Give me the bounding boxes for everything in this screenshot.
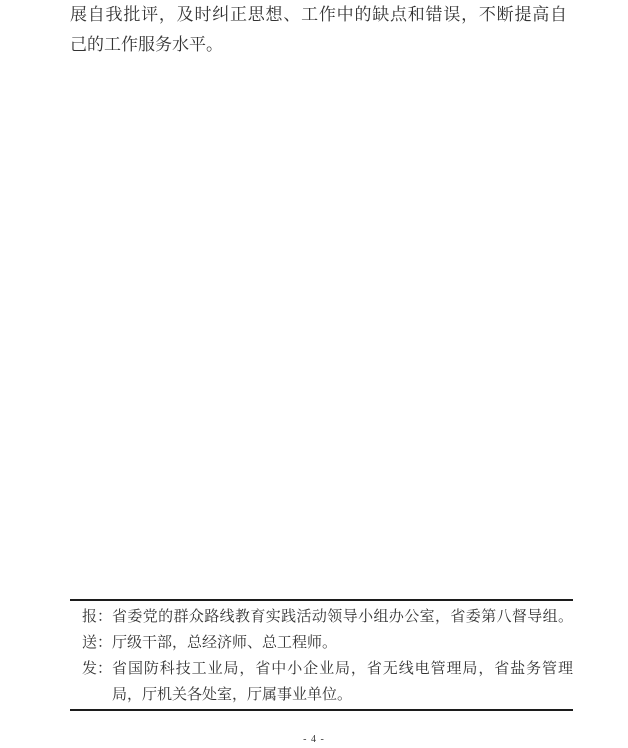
distribution-block: 报： 省委党的群众路线教育实践活动领导小组办公室，省委第八督导组。 送： 厅级干… — [70, 599, 573, 711]
report-to-row: 报： 省委党的群众路线教育实践活动领导小组办公室，省委第八督导组。 — [70, 604, 573, 630]
issue-to-line: 省国防科技工业局，省中小企业局，省无线电管理局，省盐务管理 — [112, 656, 573, 682]
document-page: 展自我批评，及时纠正思想、工作中的缺点和错误，不断提高自 己的工作服务水平。 报… — [0, 0, 628, 748]
send-to-content: 厅级干部，总经济师、总工程师。 — [112, 630, 573, 656]
issue-to-line: 局，厅机关各处室，厅属事业单位。 — [112, 682, 573, 708]
report-to-label: 报： — [82, 604, 112, 630]
send-to-label: 送： — [82, 630, 112, 656]
report-to-content: 省委党的群众路线教育实践活动领导小组办公室，省委第八督导组。 — [112, 604, 573, 630]
report-to-line: 省委党的群众路线教育实践活动领导小组办公室，省委第八督导组。 — [112, 604, 573, 630]
body-paragraph-line: 己的工作服务水平。 — [70, 30, 567, 60]
send-to-line: 厅级干部，总经济师、总工程师。 — [112, 630, 573, 656]
body-paragraph-line: 展自我批评，及时纠正思想、工作中的缺点和错误，不断提高自 — [70, 0, 567, 30]
page-number: - 4 - — [0, 734, 628, 745]
body-paragraph: 展自我批评，及时纠正思想、工作中的缺点和错误，不断提高自 己的工作服务水平。 — [70, 0, 567, 60]
send-to-row: 送： 厅级干部，总经济师、总工程师。 — [70, 630, 573, 656]
issue-to-row: 发： 省国防科技工业局，省中小企业局，省无线电管理局，省盐务管理 局，厅机关各处… — [70, 656, 573, 708]
issue-to-content: 省国防科技工业局，省中小企业局，省无线电管理局，省盐务管理 局，厅机关各处室，厅… — [112, 656, 573, 708]
issue-to-label: 发： — [82, 656, 112, 708]
